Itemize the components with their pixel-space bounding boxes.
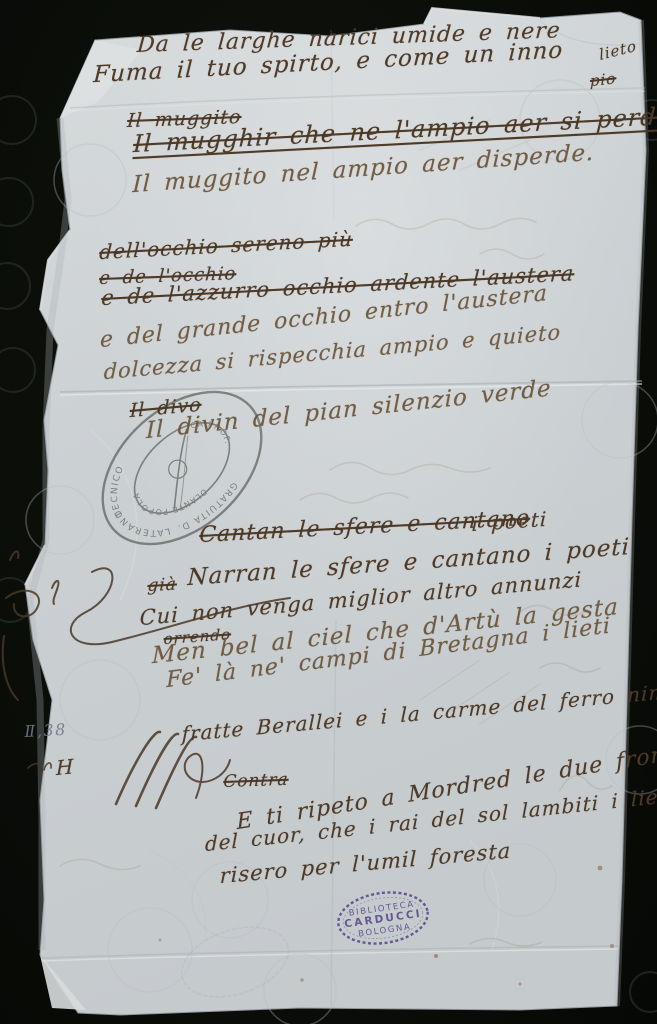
pencil-shelf-mark: Ⅱ,38 bbox=[24, 720, 67, 741]
manuscript-line: fratte Berallei e i la carme del ferro n… bbox=[182, 678, 657, 746]
manuscript-text-layer: Da le larghe narici umide e nereFuma il … bbox=[0, 0, 657, 1024]
manuscript-line: lieto bbox=[598, 37, 638, 64]
manuscript-line: i poeti bbox=[471, 507, 548, 536]
manuscript-line: già bbox=[147, 574, 177, 596]
manuscript-line: Il divin del pian silenzio verde bbox=[146, 375, 552, 444]
manuscript-line: Contra bbox=[223, 770, 290, 792]
manuscript-line: dell'occhio sereno più bbox=[99, 227, 354, 264]
manuscript-line: H bbox=[56, 754, 74, 780]
manuscript-line: pio bbox=[590, 69, 616, 90]
scanned-manuscript-page: TECNICO LATERANO GRATUITA D. CA PROF. OL… bbox=[0, 0, 657, 1024]
